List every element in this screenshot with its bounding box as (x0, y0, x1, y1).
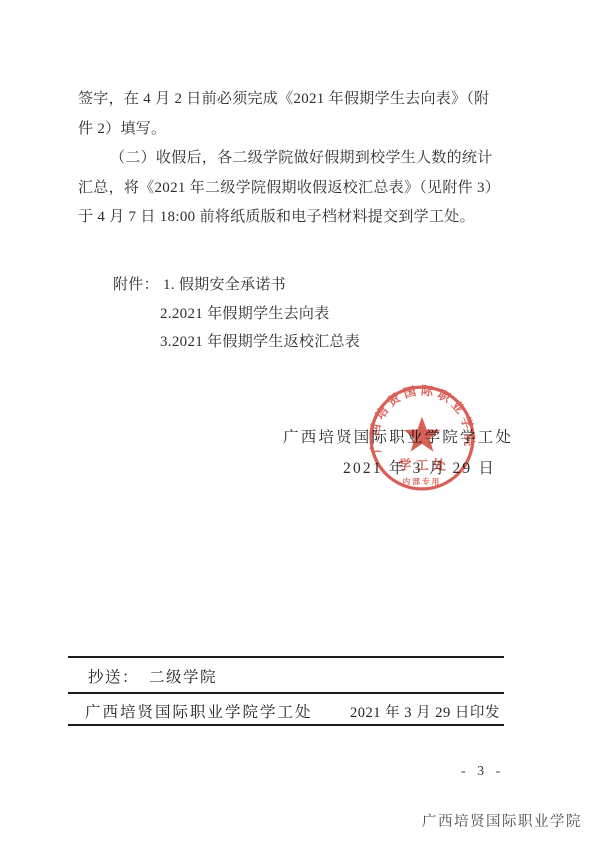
attachments-label: 附件： (113, 277, 159, 293)
attachment-item: 2.2021 年假期学生去向表 (160, 306, 330, 323)
document-page: 签字，在 4 月 2 日前必须完成《2021 年假期学生去向表》（附 件 2）填… (0, 0, 594, 842)
issuer-name: 广西培贤国际职业学院学工处 (85, 704, 313, 722)
seal-star-icon (404, 417, 441, 452)
seal-center-text: 学工处 (398, 457, 450, 473)
body-line: （二）收假后，各二级学院做好假期到校学生人数的统计 (110, 150, 493, 167)
attachment-item: 1. 假期安全承诺书 (163, 277, 286, 293)
attachment-item: 3.2021 年假期学生返校汇总表 (160, 334, 360, 351)
cc-row: 抄送：二级学院 (88, 669, 217, 687)
cc-value: 二级学院 (149, 669, 217, 686)
footer-watermark: 广西培贤国际职业学院 (422, 814, 582, 831)
attachments-row: 附件： 1. 假期安全承诺书 (113, 277, 286, 294)
page-number: - 3 - (461, 764, 504, 780)
divider-line (68, 724, 504, 726)
body-line: 件 2）填写。 (78, 121, 166, 138)
body-line: 汇总，将《2021 年二级学院假期收假返校汇总表》（见附件 3） (78, 180, 500, 197)
divider-line (68, 656, 504, 658)
cc-label: 抄送： (88, 669, 139, 686)
body-line: 签字，在 4 月 2 日前必须完成《2021 年假期学生去向表》（附 (78, 91, 489, 108)
divider-line (68, 692, 504, 694)
seal-bottom-text: 内部专用 (403, 476, 442, 486)
issue-date: 2021 年 3 月 29 日印发 (350, 705, 500, 722)
body-line: 于 4 月 7 日 18:00 前将纸质版和电子档材料提交到学工处。 (78, 209, 475, 226)
official-seal-stamp: 广西培贤国际职业学院 学工处 内部专用 (366, 382, 478, 494)
